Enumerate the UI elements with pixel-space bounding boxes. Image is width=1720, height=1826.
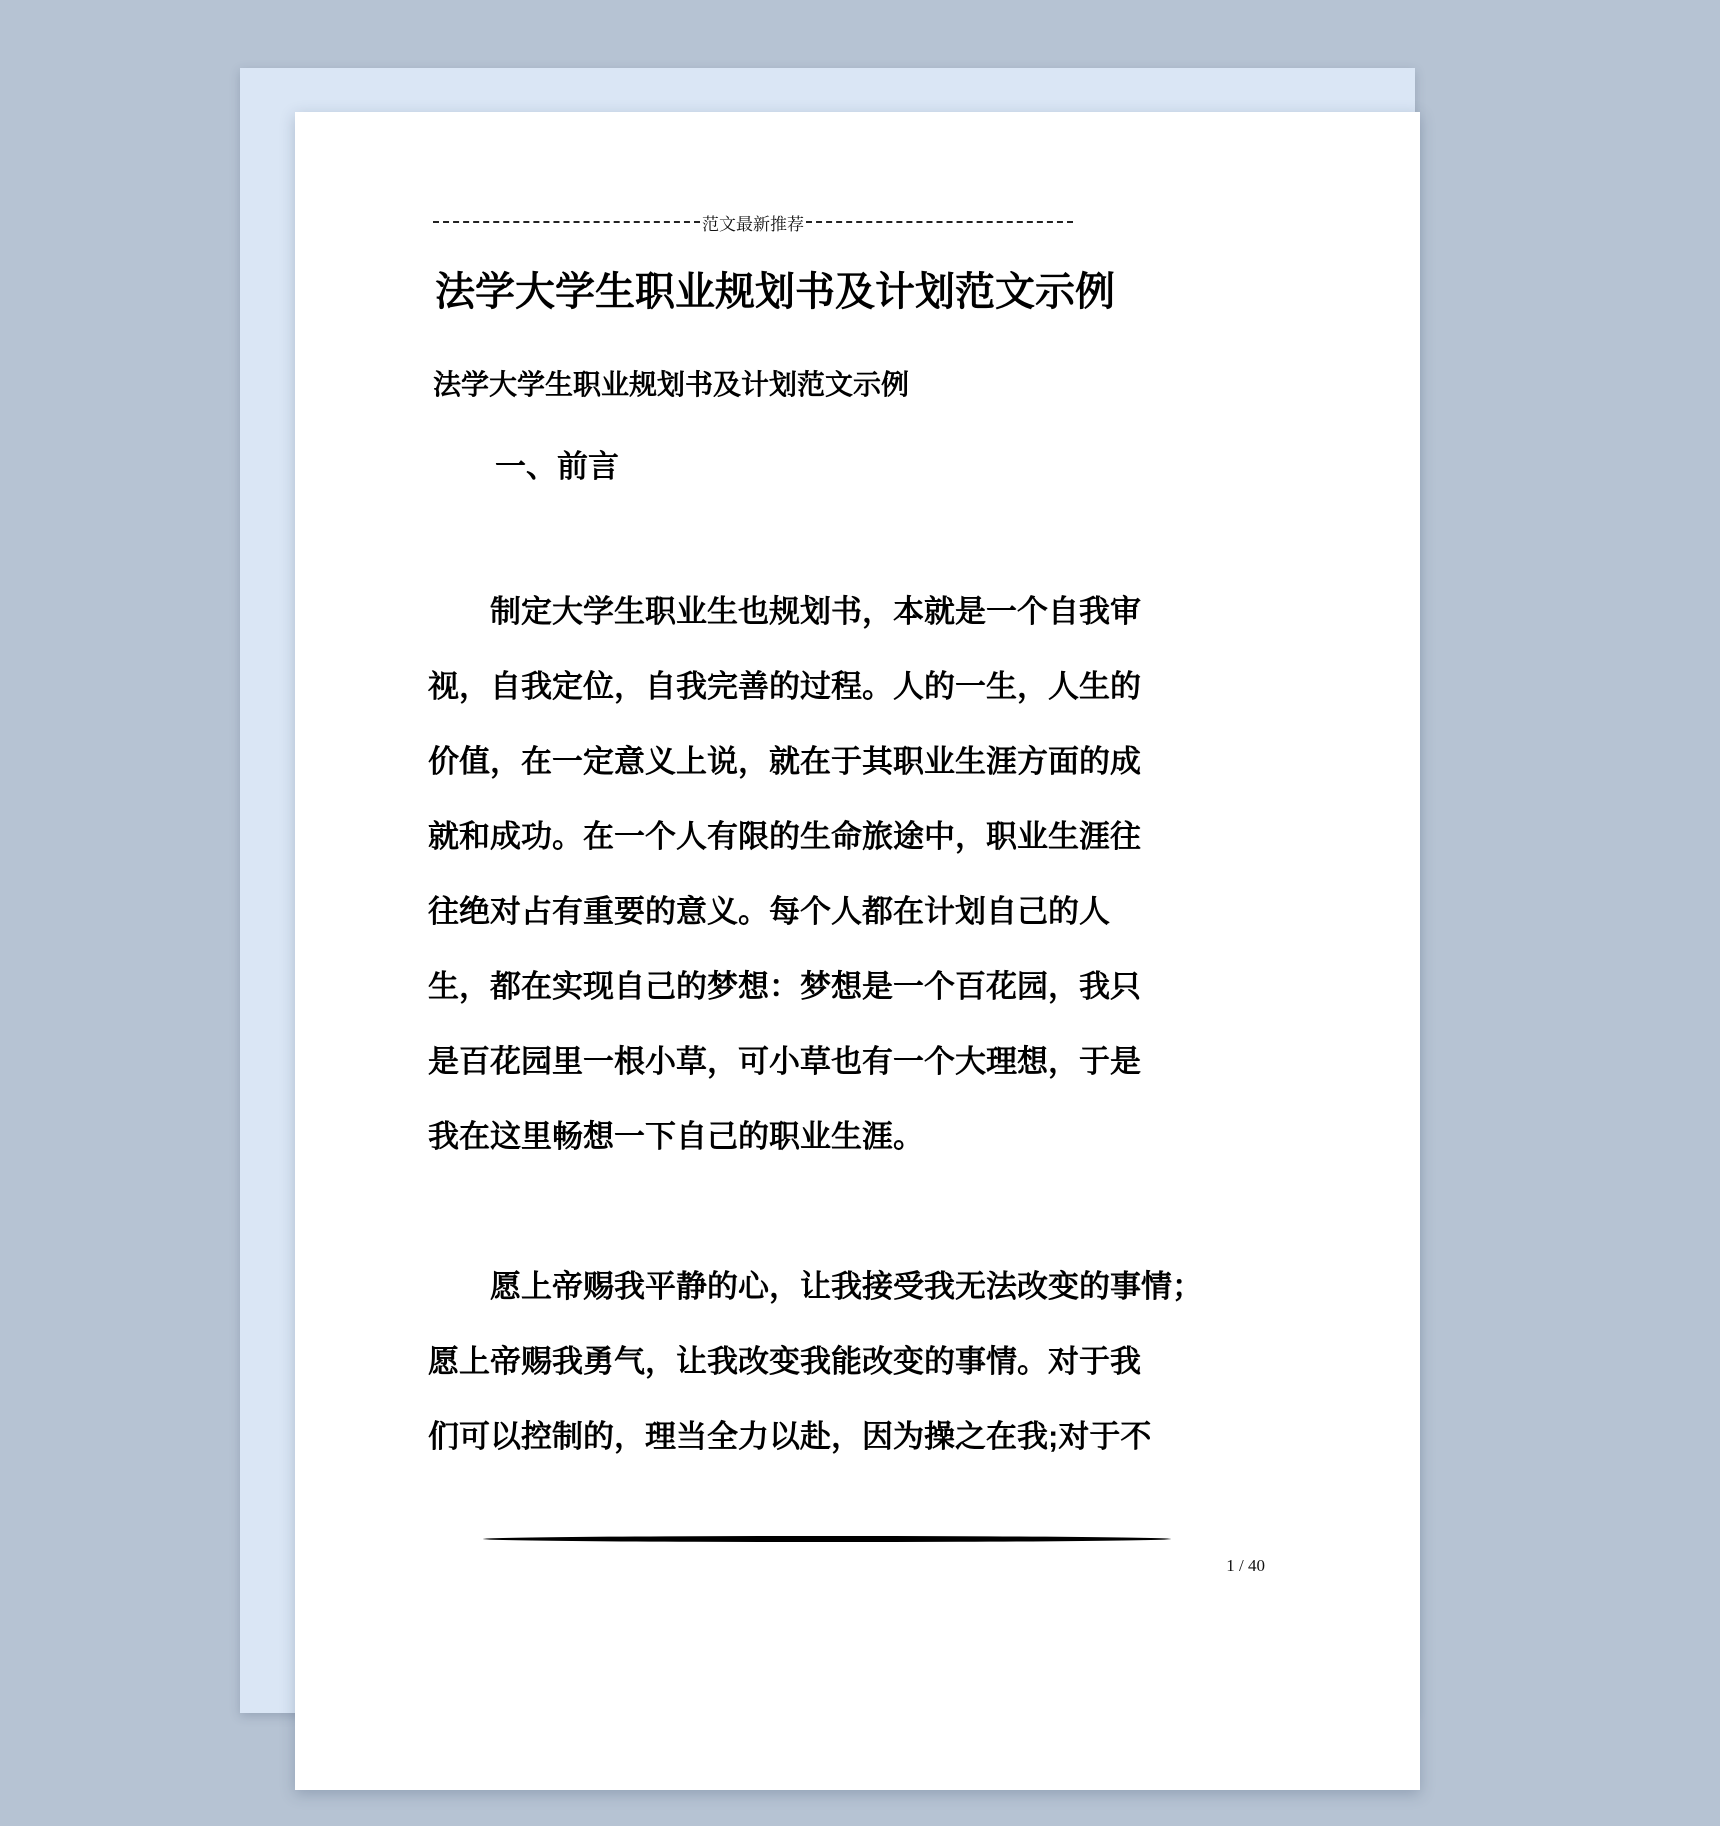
body-line: 愿上帝赐我平静的心，让我接受我无法改变的事情； (428, 1249, 1198, 1324)
body-line: 价值，在一定意义上说，就在于其职业生涯方面的成 (428, 724, 1198, 799)
page-header: 范文最新推荐 (433, 210, 1073, 234)
paragraph-2: 愿上帝赐我平静的心，让我接受我无法改变的事情； 愿上帝赐我勇气，让我改变我能改变… (428, 1249, 1198, 1474)
body-line: 往绝对占有重要的意义。每个人都在计划自己的人 (428, 874, 1198, 949)
document-preview-background: 范文最新推荐 法学大学生职业规划书及计划范文示例 法学大学生职业规划书及计划范文… (0, 0, 1720, 1826)
body-line: 制定大学生职业生也规划书，本就是一个自我审 (428, 574, 1198, 649)
body-line: 视，自我定位，自我完善的过程。人的一生，人生的 (428, 649, 1198, 724)
header-dash-right (806, 221, 1073, 223)
header-dash-left (433, 221, 700, 223)
body-line: 愿上帝赐我勇气，让我改变我能改变的事情。对于我 (428, 1324, 1198, 1399)
header-label: 范文最新推荐 (700, 210, 806, 235)
section-heading: 一、前言 (433, 445, 1193, 489)
paragraph-1: 制定大学生职业生也规划书，本就是一个自我审 视，自我定位，自我完善的过程。人的一… (428, 574, 1198, 1174)
body-line: 我在这里畅想一下自己的职业生涯。 (428, 1099, 1198, 1174)
body-line: 是百花园里一根小草，可小草也有一个大理想，于是 (428, 1024, 1198, 1099)
document-page: 范文最新推荐 法学大学生职业规划书及计划范文示例 法学大学生职业规划书及计划范文… (295, 112, 1420, 1790)
document-title: 法学大学生职业规划书及计划范文示例 (435, 262, 1115, 322)
page-number: 1 / 40 (1125, 1556, 1265, 1576)
document-subtitle: 法学大学生职业规划书及计划范文示例 (433, 364, 1193, 406)
body-line: 生，都在实现自己的梦想：梦想是一个百花园，我只 (428, 949, 1198, 1024)
body-line: 就和成功。在一个人有限的生命旅途中，职业生涯往 (428, 799, 1198, 874)
footer-rule (483, 1536, 1171, 1542)
body-line: 们可以控制的，理当全力以赴，因为操之在我;对于不 (428, 1399, 1198, 1474)
